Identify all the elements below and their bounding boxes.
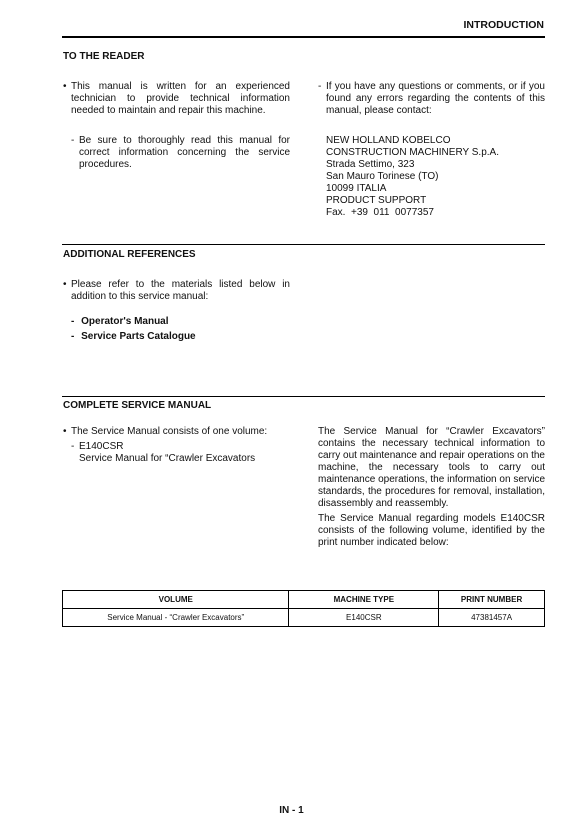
service-manual-volumes: • The Service Manual consists of one vol…: [63, 426, 293, 438]
cell-print-number: 47381457A: [439, 609, 545, 627]
description-paragraph-1: The Service Manual for “Crawler Excavato…: [318, 426, 545, 510]
volume-model: E140CSR: [79, 441, 301, 453]
reference-item-service-parts-catalogue: - Service Parts Catalogue: [71, 331, 291, 343]
dash-marker: -: [71, 316, 74, 327]
contact-line: Strada Settimo, 323: [326, 159, 546, 171]
dash-marker: -: [318, 81, 321, 93]
contact-address: NEW HOLLAND KOBELCO CONSTRUCTION MACHINE…: [326, 135, 546, 219]
reference-item-operators-manual: - Operator's Manual: [71, 316, 291, 328]
references-intro: • Please refer to the materials listed b…: [63, 279, 290, 303]
column-header-machine-type: MACHINE TYPE: [289, 591, 439, 609]
reader-contact-text: If you have any questions or comments, o…: [326, 81, 545, 117]
contact-line: CONSTRUCTION MACHINERY S.p.A.: [326, 147, 546, 159]
bullet-marker: •: [63, 81, 67, 93]
section-title-to-the-reader: TO THE READER: [63, 51, 145, 62]
service-manual-volume-entry: - E140CSR Service Manual for “Crawler Ex…: [71, 441, 301, 465]
column-header-volume: VOLUME: [63, 591, 289, 609]
reader-text-1: This manual is written for an experience…: [71, 81, 290, 117]
dash-marker: -: [71, 331, 74, 342]
reference-item-text: Service Parts Catalogue: [81, 331, 196, 342]
contact-line: NEW HOLLAND KOBELCO: [326, 135, 546, 147]
page-section-title: INTRODUCTION: [464, 19, 545, 31]
bullet-marker: •: [63, 279, 67, 291]
section-divider: [62, 396, 545, 397]
contact-line: 10099 ITALIA: [326, 183, 546, 195]
page-number: IN - 1: [0, 805, 583, 816]
section-divider: [62, 244, 545, 245]
volume-title: Service Manual for “Crawler Excavators: [79, 453, 301, 465]
reader-contact-paragraph: - If you have any questions or comments,…: [318, 81, 545, 117]
service-manual-volumes-text: The Service Manual consists of one volum…: [71, 426, 293, 438]
section-title-additional-references: ADDITIONAL REFERENCES: [63, 249, 196, 260]
section-title-complete-service-manual: COMPLETE SERVICE MANUAL: [63, 400, 211, 411]
cell-machine-type: E140CSR: [289, 609, 439, 627]
bullet-marker: •: [63, 426, 67, 438]
contact-line: San Mauro Torinese (TO): [326, 171, 546, 183]
contact-fax: Fax. +39 011 0077357: [326, 207, 546, 219]
dash-marker: -: [71, 135, 74, 147]
table-row: Service Manual - “Crawler Excavators” E1…: [63, 609, 545, 627]
references-intro-text: Please refer to the materials listed bel…: [71, 279, 290, 303]
column-header-print-number: PRINT NUMBER: [439, 591, 545, 609]
header-divider: [62, 36, 545, 38]
table-header-row: VOLUME MACHINE TYPE PRINT NUMBER: [63, 591, 545, 609]
reader-text-2: Be sure to thoroughly read this manual f…: [79, 135, 290, 171]
description-paragraph-2: The Service Manual regarding models E140…: [318, 513, 545, 549]
cell-volume: Service Manual - “Crawler Excavators”: [63, 609, 289, 627]
reference-item-text: Operator's Manual: [81, 316, 168, 327]
dash-marker: -: [71, 441, 74, 453]
volume-table: VOLUME MACHINE TYPE PRINT NUMBER Service…: [62, 590, 545, 627]
service-manual-description: The Service Manual for “Crawler Excavato…: [318, 426, 545, 549]
reader-paragraph-2: - Be sure to thoroughly read this manual…: [71, 135, 290, 171]
reader-paragraph-1: • This manual is written for an experien…: [63, 81, 290, 117]
contact-line: PRODUCT SUPPORT: [326, 195, 546, 207]
